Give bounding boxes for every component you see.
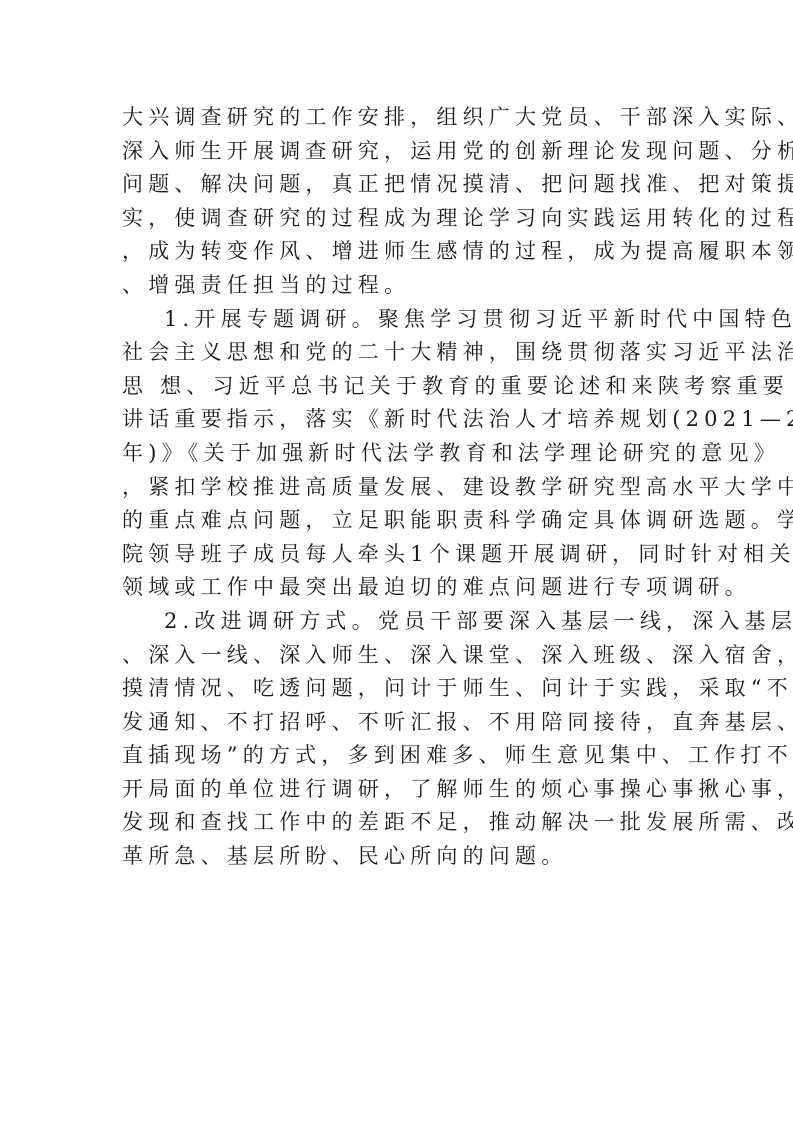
text-line: 实，使调查研究的过程成为理论学习向实践运用转化的过程 <box>122 202 702 236</box>
text-line: 深入师生开展调查研究，运用党的创新理论发现问题、分析 <box>122 135 702 169</box>
text-line: 年)》《关于加强新时代法学教育和法学理论研究的意见》 <box>122 437 702 471</box>
text-line: ，紧扣学校推进高质量发展、建设教学研究型高水平大学中 <box>122 471 702 505</box>
text-line: 摸清情况、吃透问题，问计于师生、问计于实践，采取“不 <box>122 672 702 706</box>
text-line: ，成为转变作风、增进师生感情的过程，成为提高履职本领 <box>122 235 702 269</box>
document-body: 大兴调查研究的工作安排，组织广大党员、干部深入实际、 深入师生开展调查研究，运用… <box>122 101 702 874</box>
text-line: 2.改进调研方式。党员干部要深入基层一线，深入基层 <box>122 605 702 639</box>
text-line: 社会主义思想和党的二十大精神，围绕贯彻落实习近平法治 <box>122 336 702 370</box>
text-line: 讲话重要指示，落实《新时代法治人才培养规划(2021—2025 <box>122 403 702 437</box>
paragraph-intro-continuation: 大兴调查研究的工作安排，组织广大党员、干部深入实际、 深入师生开展调查研究，运用… <box>122 101 702 303</box>
paragraph-item-1: 1.开展专题调研。聚焦学习贯彻习近平新时代中国特色 社会主义思想和党的二十大精神… <box>122 303 702 605</box>
text-line: 1.开展专题调研。聚焦学习贯彻习近平新时代中国特色 <box>122 303 702 337</box>
text-line: 、增强责任担当的过程。 <box>122 269 702 303</box>
document-page: 大兴调查研究的工作安排，组织广大党员、干部深入实际、 深入师生开展调查研究，运用… <box>0 0 793 1122</box>
text-line: 大兴调查研究的工作安排，组织广大党员、干部深入实际、 <box>122 101 702 135</box>
text-line: 直插现场”的方式，多到困难多、师生意见集中、工作打不 <box>122 739 702 773</box>
text-line: 发现和查找工作中的差距不足，推动解决一批发展所需、改 <box>122 806 702 840</box>
text-line: 领域或工作中最突出最迫切的难点问题进行专项调研。 <box>122 571 702 605</box>
text-line: 开局面的单位进行调研，了解师生的烦心事操心事揪心事， <box>122 773 702 807</box>
text-line: 发通知、不打招呼、不听汇报、不用陪同接待，直奔基层、 <box>122 706 702 740</box>
text-line: 思 想、习近平总书记关于教育的重要论述和来陕考察重要 <box>122 370 702 404</box>
text-line: 的重点难点问题，立足职能职责科学确定具体调研选题。学 <box>122 504 702 538</box>
text-line: 、深入一线、深入师生、深入课堂、深入班级、深入宿舍， <box>122 639 702 673</box>
text-line: 问题、解决问题，真正把情况摸清、把问题找准、把对策提 <box>122 168 702 202</box>
paragraph-item-2: 2.改进调研方式。党员干部要深入基层一线，深入基层 、深入一线、深入师生、深入课… <box>122 605 702 874</box>
text-line: 革所急、基层所盼、民心所向的问题。 <box>122 840 702 874</box>
text-line: 院领导班子成员每人牵头1个课题开展调研，同时针对相关 <box>122 538 702 572</box>
